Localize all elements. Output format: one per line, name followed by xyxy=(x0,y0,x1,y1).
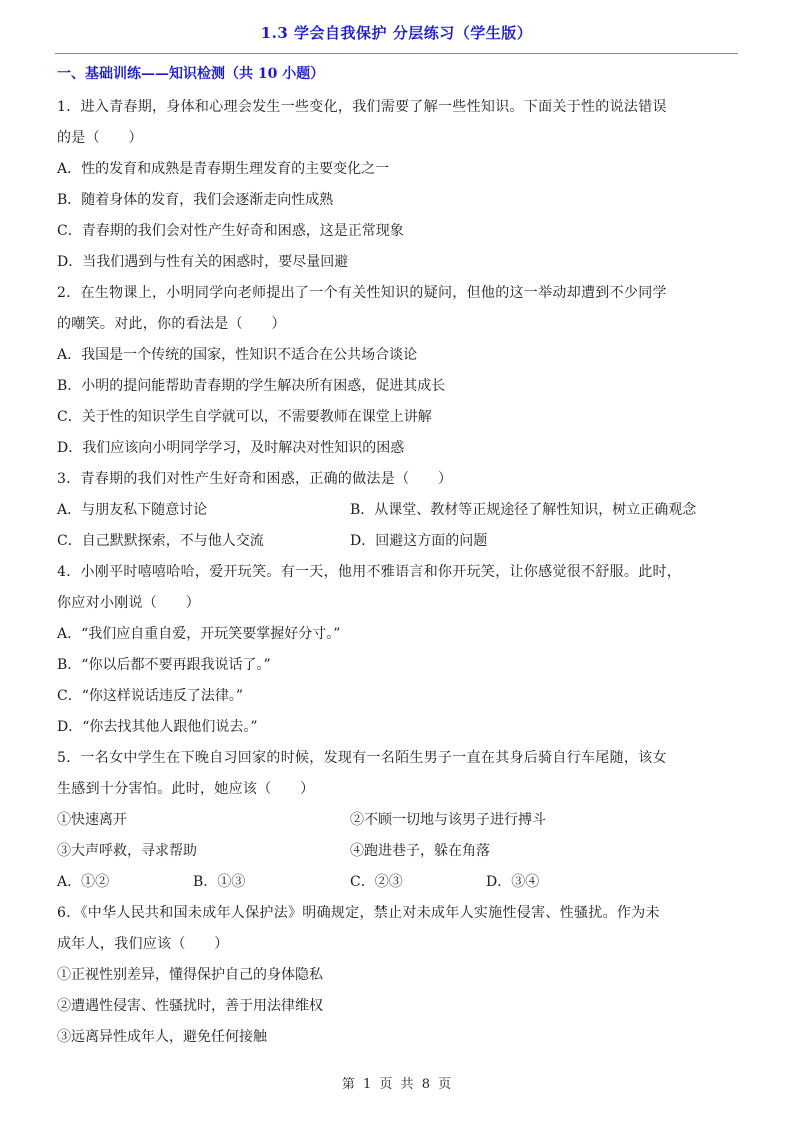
option-c: C．“你这样说话违反了法律。” xyxy=(57,681,742,712)
option-row: A．①② B．①③ C．②③ D．③④ xyxy=(57,867,742,898)
option-d: D．回避这方面的问题 xyxy=(350,526,487,557)
question-6: 6．《中华人民共和国未成年人保护法》明确规定，禁止对未成年人实施性侵害、性骚扰。… xyxy=(57,898,742,1053)
statement-3: ③大声呼救，寻求帮助 xyxy=(57,836,350,867)
option-a: A．“我们应自重自爱，开玩笑要掌握好分寸。” xyxy=(57,619,742,650)
worksheet-content: 一、基础训练——知识检测（共 10 小题） 1．进入青春期，身体和心理会发生一些… xyxy=(57,63,742,1053)
question-stem: 1．进入青春期，身体和心理会发生一些变化，我们需要了解一些性知识。下面关于性的说… xyxy=(57,92,742,123)
question-stem: 2．在生物课上，小明同学向老师提出了一个有关性知识的疑问，但他的这一举动却遭到不… xyxy=(57,278,742,309)
option-b: B．“你以后都不要再跟我说话了。” xyxy=(57,650,742,681)
statement-3: ③远离异性成年人，避免任何接触 xyxy=(57,1022,742,1053)
question-stem: 4．小刚平时嘻嘻哈哈，爱开玩笑。有一天，他用不雅语言和你开玩笑，让你感觉很不舒服… xyxy=(57,557,742,588)
question-5: 5．一名女中学生在下晚自习回家的时候，发现有一名陌生男子一直在其身后骑自行车尾随… xyxy=(57,743,742,898)
question-stem: 你应对小刚说（ ） xyxy=(57,588,742,619)
question-stem: 6．《中华人民共和国未成年人保护法》明确规定，禁止对未成年人实施性侵害、性骚扰。… xyxy=(57,898,742,929)
option-a: A．与朋友私下随意讨论 xyxy=(57,495,350,526)
option-d: D．当我们遇到与性有关的困惑时，要尽量回避 xyxy=(57,247,742,278)
option-a: A．我国是一个传统的国家，性知识不适合在公共场合谈论 xyxy=(57,340,742,371)
option-b: B．小明的提问能帮助青春期的学生解决所有困惑，促进其成长 xyxy=(57,371,742,402)
option-d: D．③④ xyxy=(486,867,539,898)
option-a: A．性的发育和成熟是青春期生理发育的主要变化之一 xyxy=(57,154,742,185)
question-stem: 的嘲笑。对此，你的看法是（ ） xyxy=(57,309,742,340)
question-stem: 3．青春期的我们对性产生好奇和困惑，正确的做法是（ ） xyxy=(57,464,742,495)
statement-2: ②不顾一切地与该男子进行搏斗 xyxy=(350,805,546,836)
title-divider xyxy=(55,53,738,54)
statement-1: ①快速离开 xyxy=(57,805,350,836)
section-heading: 一、基础训练——知识检测（共 10 小题） xyxy=(57,63,742,85)
question-stem: 生感到十分害怕。此时，她应该（ ） xyxy=(57,774,742,805)
option-c: C．关于性的知识学生自学就可以，不需要教师在课堂上讲解 xyxy=(57,402,742,433)
option-c: C．自己默默探索，不与他人交流 xyxy=(57,526,350,557)
question-stem: 成年人，我们应该（ ） xyxy=(57,929,742,960)
statement-4: ④跑进巷子，躲在角落 xyxy=(350,836,490,867)
option-c: C．青春期的我们会对性产生好奇和困惑，这是正常现象 xyxy=(57,216,742,247)
option-b: B．随着身体的发育，我们会逐渐走向性成熟 xyxy=(57,185,742,216)
page-title: 1.3 学会自我保护 分层练习（学生版） xyxy=(0,22,793,43)
statement-1: ①正视性别差异，懂得保护自己的身体隐私 xyxy=(57,960,742,991)
statement-2: ②遭遇性侵害、性骚扰时，善于用法律维权 xyxy=(57,991,742,1022)
question-4: 4．小刚平时嘻嘻哈哈，爱开玩笑。有一天，他用不雅语言和你开玩笑，让你感觉很不舒服… xyxy=(57,557,742,743)
option-d: D．我们应该向小明同学学习，及时解决对性知识的困惑 xyxy=(57,433,742,464)
page-indicator: 第 1 页 共 8 页 xyxy=(0,1073,793,1092)
statement-row: ③大声呼救，寻求帮助 ④跑进巷子，躲在角落 xyxy=(57,836,742,867)
option-row: A．与朋友私下随意讨论 B．从课堂、教材等正规途径了解性知识，树立正确观念 xyxy=(57,495,742,526)
question-stem: 的是（ ） xyxy=(57,123,742,154)
question-2: 2．在生物课上，小明同学向老师提出了一个有关性知识的疑问，但他的这一举动却遭到不… xyxy=(57,278,742,464)
question-stem: 5．一名女中学生在下晚自习回家的时候，发现有一名陌生男子一直在其身后骑自行车尾随… xyxy=(57,743,742,774)
option-d: D．“你去找其他人跟他们说去。” xyxy=(57,712,742,743)
statement-row: ①快速离开 ②不顾一切地与该男子进行搏斗 xyxy=(57,805,742,836)
option-row: C．自己默默探索，不与他人交流 D．回避这方面的问题 xyxy=(57,526,742,557)
option-b: B．从课堂、教材等正规途径了解性知识，树立正确观念 xyxy=(350,495,696,526)
option-a: A．①② xyxy=(57,867,193,898)
option-c: C．②③ xyxy=(350,867,486,898)
option-b: B．①③ xyxy=(193,867,350,898)
question-3: 3．青春期的我们对性产生好奇和困惑，正确的做法是（ ） A．与朋友私下随意讨论 … xyxy=(57,464,742,557)
question-1: 1．进入青春期，身体和心理会发生一些变化，我们需要了解一些性知识。下面关于性的说… xyxy=(57,92,742,278)
